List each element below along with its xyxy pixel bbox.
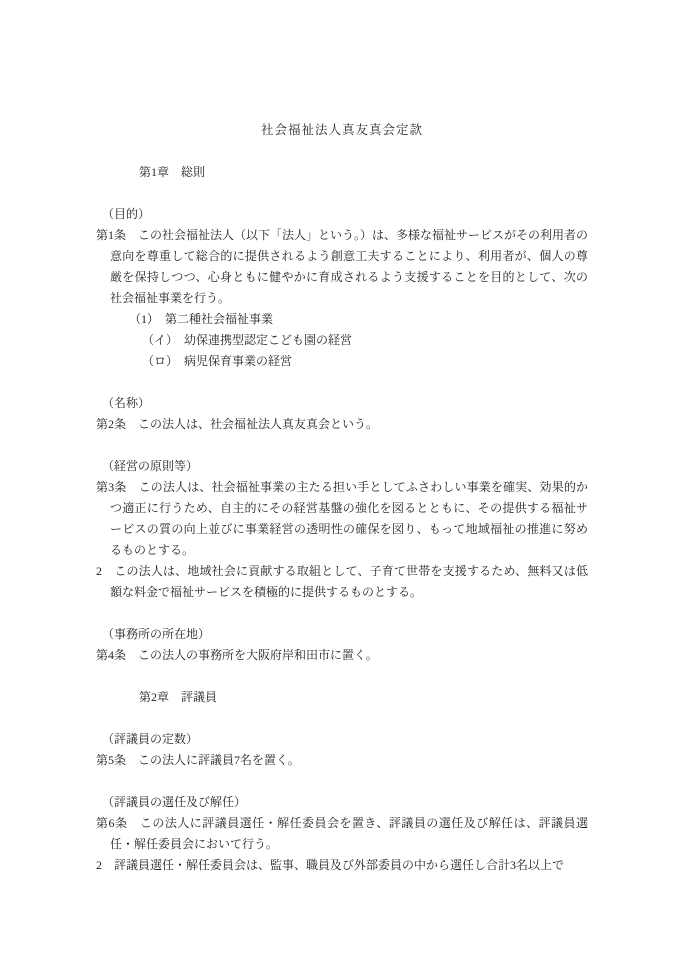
list-item-1-ro: （ロ） 病児保育事業の経営 — [142, 351, 588, 372]
article-4-paragraph: 第4条 この法人の事務所を大阪府岸和田市に置く。 — [96, 645, 588, 666]
list-item-1: （1） 第二種社会福祉事業 — [129, 309, 588, 330]
chapter-heading-2: 第2章 評議員 — [139, 687, 588, 708]
article-3-paragraph: 第3条 この法人は、社会福祉事業の主たる担い手としてふさわしい事業を確実、効果的… — [96, 477, 588, 561]
article-2-paragraph: 第2条 この法人は、社会福祉法人真友真会という。 — [96, 414, 588, 435]
document-page: 社会福祉法人真友真会定款 第1章 総則 （目的） 第1条 この社会福祉法人（以下… — [0, 0, 676, 957]
chapter-heading-1: 第1章 総則 — [139, 162, 588, 183]
document-content: 社会福祉法人真友真会定款 第1章 総則 （目的） 第1条 この社会福祉法人（以下… — [96, 120, 588, 876]
article-6-paragraph: 第6条 この法人に評議員選任・解任委員会を置き、評議員の選任及び解任は、評議員選… — [96, 813, 588, 855]
document-title: 社会福祉法人真友真会定款 — [96, 120, 588, 141]
article-6-paragraph-2: 2 評議員選任・解任委員会は、監事、職員及び外部委員の中から選任し合計3名以上で — [96, 855, 588, 876]
article-label-principles: （経営の原則等） — [102, 456, 588, 477]
article-1-paragraph: 第1条 この社会福祉法人（以下「法人」という。）は、多様な福祉サービスがその利用… — [96, 225, 588, 309]
article-label-name: （名称） — [102, 393, 588, 414]
article-label-councilors: （評議員の定数） — [102, 729, 588, 750]
article-3-paragraph-2: 2 この法人は、地域社会に貢献する取組として、子育て世帯を支援するため、無料又は… — [96, 561, 588, 603]
article-label-office: （事務所の所在地） — [102, 624, 588, 645]
article-5-paragraph: 第5条 この法人に評議員7名を置く。 — [96, 750, 588, 771]
article-label-appointment: （評議員の選任及び解任） — [102, 792, 588, 813]
list-item-1-i: （イ） 幼保連携型認定こども園の経営 — [142, 330, 588, 351]
article-label-purpose: （目的） — [102, 204, 588, 225]
